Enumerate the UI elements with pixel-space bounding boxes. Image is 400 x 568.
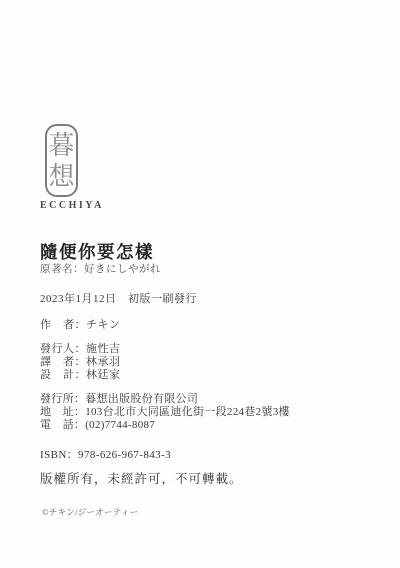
copyright-line: ©チキン/ジーオーティー [42,506,139,518]
seal-character-top: 暮 [48,130,74,161]
publisher-address-line: 地 址：103台北市大同區迪化街一段224巷2號3樓 [40,406,290,419]
issuer-credit-line: 發行人：施性吉 [40,343,121,356]
designer-credit-line: 設 計：林廷家 [40,369,121,382]
author-credit-line: 作 者：チキン [40,316,120,332]
colophon-page: 暮 想 ECCHIYA 隨便你要怎樣 原著名：好きにしやがれ 2023年1月12… [0,0,400,568]
seal-character-bottom: 想 [48,161,74,192]
rights-notice: 版權所有，未經許可，不可轉載。 [40,469,243,487]
publisher-company-line: 發行所：暮想出版股份有限公司 [40,393,290,406]
publisher-seal-logo: 暮 想 [45,124,78,197]
staff-credits-block: 發行人：施性吉 譯 者：林承羽 設 計：林廷家 [40,343,121,381]
translator-credit-line: 譯 者：林承羽 [40,356,121,369]
publisher-phone-line: 電 話：(02)7744-8087 [40,419,290,432]
original-title-line: 原著名：好きにしやがれ [40,261,161,276]
publisher-brand-name: ECCHIYA [40,200,104,211]
isbn-line: ISBN：978-626-967-843-3 [40,446,171,462]
publisher-info-block: 發行所：暮想出版股份有限公司 地 址：103台北市大同區迪化街一段224巷2號3… [40,393,290,433]
edition-date-line: 2023年1月12日 初版一刷發行 [40,290,197,306]
